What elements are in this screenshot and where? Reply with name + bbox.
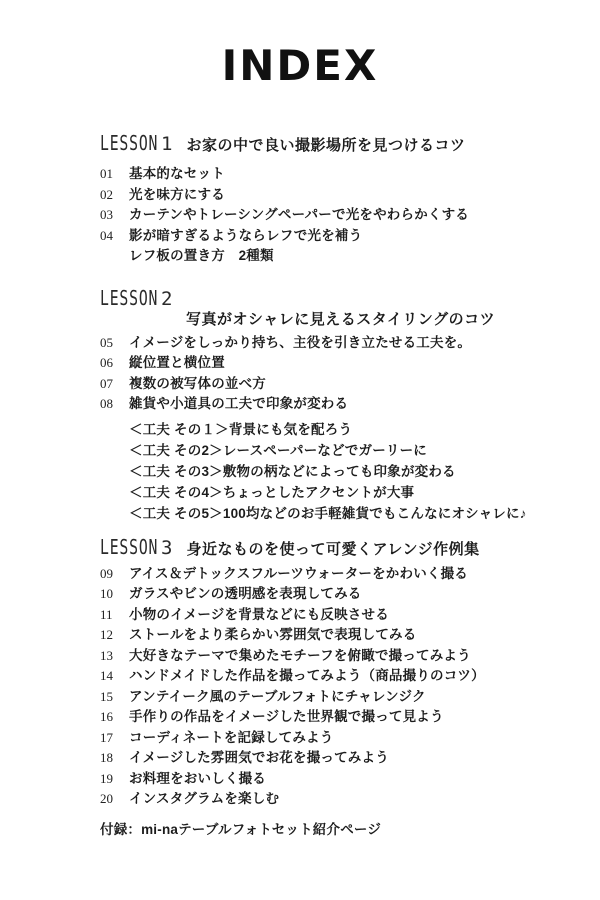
row-title: ハンドメイドした作品を撮ってみよう（商品撮りのコツ） [129,666,485,687]
row-number: 12 [100,625,129,646]
index-page: INDEX LESSON1お家の中で良い撮影場所を見つけるコツ01基本的なセット… [0,0,600,900]
row-number: 02 [100,185,129,206]
lessons-container: LESSON1お家の中で良い撮影場所を見つけるコツ01基本的なセット02光を味方… [0,132,600,810]
row-number: 14 [100,666,129,687]
row-title: 小物のイメージを背景などにも反映させる [129,605,389,626]
index-row: 14ハンドメイドした作品を撮ってみよう（商品撮りのコツ） [100,666,572,687]
index-row: 18イメージした雰囲気でお花を撮ってみよう [100,748,572,769]
index-row: 11小物のイメージを背景などにも反映させる [100,605,572,626]
index-row: 08雑貨や小道具の工夫で印象が変わる [100,394,572,415]
lesson-rows: 05イメージをしっかり持ち、主役を引き立たせる工夫を。06縦位置と横位置07複数… [100,333,572,415]
index-row: 16手作りの作品をイメージした世界観で撮って見よう [100,707,572,728]
row-title: カーテンやトレーシングペーパーで光をやわらかくする [129,205,469,226]
index-row: 19お料理をおいしく撮る [100,769,572,790]
row-title: アンテイーク風のテーブルフォトにチャレンジク [129,687,426,708]
row-title: コーディネートを記録してみよう [129,728,333,749]
row-number: 16 [100,707,129,728]
index-row: 17コーディネートを記録してみよう [100,728,572,749]
index-row: 05イメージをしっかり持ち、主役を引き立たせる工夫を。 [100,333,572,354]
lesson-section-1: LESSON1お家の中で良い撮影場所を見つけるコツ01基本的なセット02光を味方… [100,132,572,267]
row-number: 10 [100,584,129,605]
row-number: 08 [100,394,129,415]
row-number: 05 [100,333,129,354]
index-row: レフ板の置き方 2種類 [100,246,572,267]
row-title: イメージした雰囲気でお花を撮ってみよう [129,748,389,769]
row-title: ストールをより柔らかい雰囲気で表現してみる [129,625,416,646]
lesson-section-3: LESSON3身近なものを使って可愛くアレンジ作例集09アイス＆デトックスフルー… [100,536,572,810]
row-number: 06 [100,353,129,374]
lesson-section-2: LESSON2写真がオシャレに見えるスタイリングのコツ05イメージをしっかり持ち… [100,287,572,524]
row-number: 18 [100,748,129,769]
row-number: 09 [100,564,129,585]
row-title: インスタグラムを楽しむ [129,789,279,810]
index-sub-row: ＜工夫 その１＞背景にも気を配ろう [100,419,572,440]
row-number-spacer [100,440,129,461]
row-title: 影が暗すぎるようならレフで光を補う [129,226,362,247]
lesson-number: 3 [161,537,172,559]
lesson-label: LESSON [100,534,158,561]
row-number-spacer [100,419,129,440]
row-number: 07 [100,374,129,395]
lesson-heading: LESSON3身近なものを使って可愛くアレンジ作例集 [100,536,572,562]
row-number: 11 [100,605,129,626]
sub-row-title: ＜工夫 その5＞100均などのお手軽雑貨でもこんなにオシャレに♪ [129,503,527,524]
row-number-spacer [100,503,129,524]
lesson-title: 身近なものを使って可愛くアレンジ作例集 [186,541,479,558]
lesson-sub-rows: ＜工夫 その１＞背景にも気を配ろう＜工夫 その2＞レースペーパーなどでガーリーに… [100,419,572,524]
row-number: 04 [100,226,129,247]
row-title: 雑貨や小道具の工夫で印象が変わる [129,394,348,415]
lesson-title: 写真がオシャレに見えるスタイリングのコツ [186,310,572,329]
index-row: 02光を味方にする [100,185,572,206]
row-title: 大好きなテーマで集めたモチーフを俯瞰で撮ってみよう [129,646,471,667]
appendix-note: 付録：mi-naテーブルフォトセット紹介ページ [100,818,600,838]
row-number: 17 [100,728,129,749]
row-title: ガラスやビンの透明感を表現してみる [129,584,362,605]
lesson-rows: 09アイス＆デトックスフルーツウォーターをかわいく撮る10ガラスやビンの透明感を… [100,564,572,810]
lesson-number: 2 [161,288,172,310]
row-number: 19 [100,769,129,790]
index-row: 09アイス＆デトックスフルーツウォーターをかわいく撮る [100,564,572,585]
row-number: 20 [100,789,129,810]
row-title: 手作りの作品をイメージした世界観で撮って見よう [129,707,444,728]
row-title: お料理をおいしく撮る [129,769,266,790]
row-title: 複数の被写体の並べ方 [129,374,266,395]
row-title: 光を味方にする [129,185,225,206]
lesson-title: お家の中で良い撮影場所を見つけるコツ [186,137,465,154]
index-row: 15アンテイーク風のテーブルフォトにチャレンジク [100,687,572,708]
index-row: 06縦位置と横位置 [100,353,572,374]
lesson-number: 1 [161,133,172,155]
row-number-spacer [100,461,129,482]
sub-row-title: ＜工夫 その4＞ちょっとしたアクセントが大事 [129,482,414,503]
page-title: INDEX [0,0,600,90]
row-number: 13 [100,646,129,667]
index-row: 03カーテンやトレーシングペーパーで光をやわらかくする [100,205,572,226]
lesson-heading: LESSON1お家の中で良い撮影場所を見つけるコツ [100,132,572,158]
row-number [100,246,129,267]
index-row: 12ストールをより柔らかい雰囲気で表現してみる [100,625,572,646]
row-number: 03 [100,205,129,226]
sub-row-title: ＜工夫 その１＞背景にも気を配ろう [129,419,352,440]
index-sub-row: ＜工夫 その4＞ちょっとしたアクセントが大事 [100,482,572,503]
index-row: 01基本的なセット [100,164,572,185]
index-row: 20インスタグラムを楽しむ [100,789,572,810]
row-title: アイス＆デトックスフルーツウォーターをかわいく撮る [129,564,468,585]
index-row: 13大好きなテーマで集めたモチーフを俯瞰で撮ってみよう [100,646,572,667]
row-title: 基本的なセット [129,164,225,185]
row-title: イメージをしっかり持ち、主役を引き立たせる工夫を。 [129,333,471,354]
sub-row-title: ＜工夫 その3＞敷物の柄などによっても印象が変わる [129,461,456,482]
row-number: 15 [100,687,129,708]
sub-row-title: ＜工夫 その2＞レースペーパーなどでガーリーに [129,440,427,461]
index-sub-row: ＜工夫 その5＞100均などのお手軽雑貨でもこんなにオシャレに♪ [100,503,572,524]
lesson-label: LESSON [100,285,158,312]
index-row: 07複数の被写体の並べ方 [100,374,572,395]
index-sub-row: ＜工夫 その3＞敷物の柄などによっても印象が変わる [100,461,572,482]
row-number: 01 [100,164,129,185]
index-row: 04影が暗すぎるようならレフで光を補う [100,226,572,247]
lesson-label: LESSON [100,131,158,158]
index-sub-row: ＜工夫 その2＞レースペーパーなどでガーリーに [100,440,572,461]
row-title: 縦位置と横位置 [129,353,225,374]
lesson-rows: 01基本的なセット02光を味方にする03カーテンやトレーシングペーパーで光をやわ… [100,164,572,267]
row-title: レフ板の置き方 2種類 [129,246,274,267]
row-number-spacer [100,482,129,503]
index-row: 10ガラスやビンの透明感を表現してみる [100,584,572,605]
